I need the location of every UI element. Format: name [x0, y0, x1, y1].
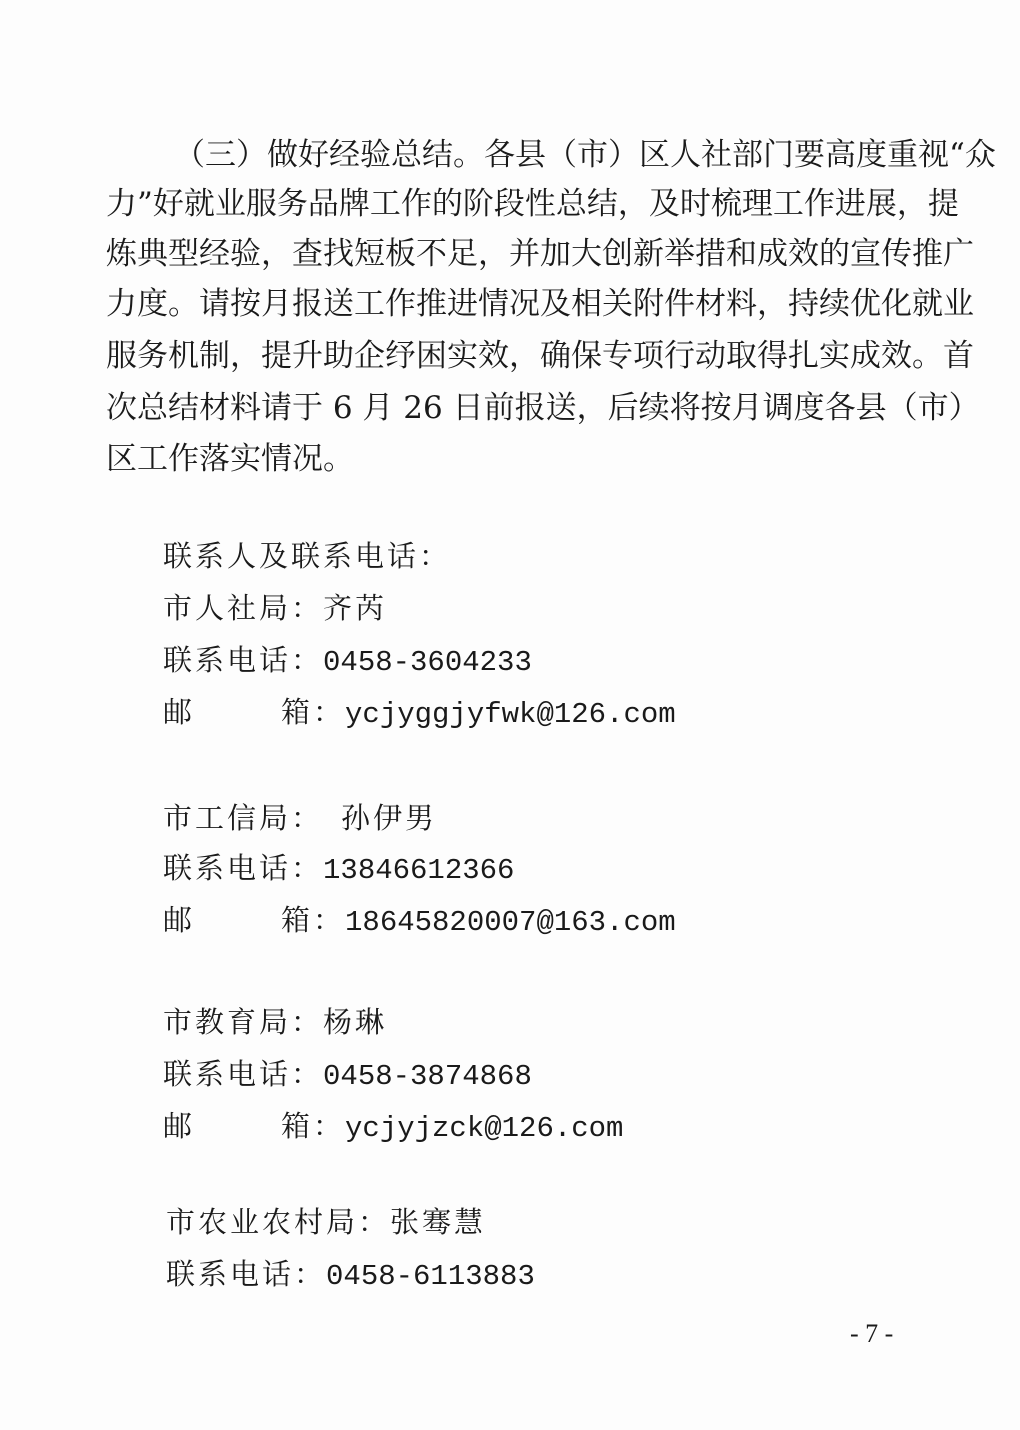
phone-number: 13846612366 — [323, 854, 514, 887]
phone-label: 联系电话： — [166, 1254, 326, 1294]
contact-3-dept: 市教育局：杨琳 — [163, 1002, 387, 1042]
email-address: ycjyjzck@126.com — [345, 1112, 623, 1145]
contact-4-phone: 联系电话：0458-6113883 — [166, 1254, 535, 1294]
contact-2-dept: 市工信局：孙伊男 — [163, 798, 437, 838]
dept-label: 市工信局： — [163, 798, 323, 838]
phone-number: 0458-3604233 — [323, 646, 532, 679]
email-label-a: 邮 — [163, 692, 281, 732]
contact-3-phone: 联系电话：0458-3874868 — [163, 1054, 532, 1094]
contact-1-email: 邮箱：ycjyggjyfwk@126.com — [163, 692, 676, 732]
email-address: 18645820007@163.com — [345, 906, 676, 939]
phone-number: 0458-3874868 — [323, 1060, 532, 1093]
paragraph-line-2: 力”好就业服务品牌工作的阶段性总结，及时梳理工作进展，提 — [106, 182, 912, 226]
phone-label: 联系电话： — [163, 848, 323, 888]
paragraph-line-6: 次总结材料请于 6 月 26 日前报送，后续将按月调度各县（市） — [106, 386, 912, 430]
contact-name: 张骞慧 — [390, 1205, 486, 1239]
paragraph-line-7: 区工作落实情况。 — [106, 437, 912, 481]
dept-label: 市农业农村局： — [166, 1202, 390, 1242]
dept-label: 市人社局： — [163, 588, 323, 628]
contact-name: 齐芮 — [323, 591, 387, 625]
contact-2-phone: 联系电话：13846612366 — [163, 848, 514, 888]
contact-4-dept: 市农业农村局：张骞慧 — [166, 1202, 486, 1242]
email-label-b: 箱： — [281, 692, 345, 732]
email-label-a: 邮 — [163, 1106, 281, 1146]
paragraph-line-4: 力度。请按月报送工作推进情况及相关附件材料，持续优化就业 — [106, 282, 912, 326]
phone-label: 联系电话： — [163, 640, 323, 680]
dept-label: 市教育局： — [163, 1002, 323, 1042]
document-page: （三）做好经验总结。各县（市）区人社部门要高度重视“众 力”好就业服务品牌工作的… — [0, 0, 1020, 1430]
email-label-b: 箱： — [281, 900, 345, 940]
contact-3-email: 邮箱：ycjyjzck@126.com — [163, 1106, 623, 1146]
contact-1-phone: 联系电话：0458-3604233 — [163, 640, 532, 680]
paragraph-line-3: 炼典型经验，查找短板不足，并加大创新举措和成效的宣传推广 — [106, 232, 912, 276]
phone-label: 联系电话： — [163, 1054, 323, 1094]
contact-2-email: 邮箱：18645820007@163.com — [163, 900, 676, 940]
email-label-a: 邮 — [163, 900, 281, 940]
contact-1-dept: 市人社局：齐芮 — [163, 588, 387, 628]
paragraph-line-5: 服务机制，提升助企纾困实效，确保专项行动取得扎实成效。首 — [106, 334, 912, 378]
contact-name: 孙伊男 — [341, 801, 437, 835]
phone-number: 0458-6113883 — [326, 1260, 535, 1293]
page-number: - 7 - — [850, 1316, 893, 1352]
email-address: ycjyggjyfwk@126.com — [345, 698, 676, 731]
contact-name: 杨琳 — [323, 1005, 387, 1039]
email-label-b: 箱： — [281, 1106, 345, 1146]
contacts-heading: 联系人及联系电话： — [163, 536, 451, 576]
paragraph-line-1: （三）做好经验总结。各县（市）区人社部门要高度重视“众 — [174, 133, 912, 177]
